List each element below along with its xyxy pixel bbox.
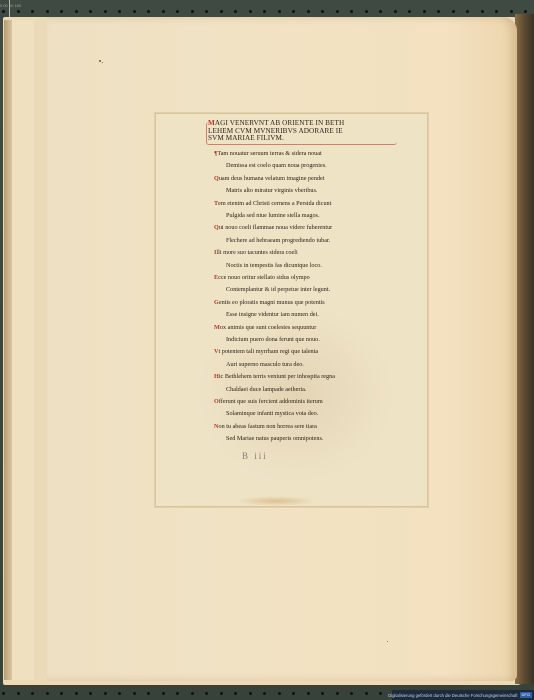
peg-hole	[60, 10, 63, 13]
peg-hole	[118, 10, 121, 13]
heading-line-3: SVM MARIAE FILIVM.	[208, 135, 418, 143]
peg-hole	[452, 10, 455, 13]
peg-hole	[176, 692, 179, 695]
peg-hole	[379, 10, 382, 13]
foxing-spot	[99, 60, 101, 62]
peg-hole	[89, 692, 92, 695]
peg-hole	[147, 692, 150, 695]
peg-hole	[263, 10, 266, 13]
verse-line: Indicium puero dona ferunt que nouo.	[226, 336, 320, 343]
verse-text: Indicium puero dona ferunt que nouo.	[226, 336, 320, 343]
verse-text: uam deus humana velatum imagine pendet	[219, 175, 325, 182]
verse-text: em etenim ad Christi cernens a Persida d…	[218, 200, 331, 207]
verse-text: Tam nouatur seruum terras & sidera nouat	[217, 150, 321, 157]
verse-text: Esse insigne videntur iam numen dei.	[226, 311, 319, 318]
peg-hole	[495, 10, 498, 13]
peg-hole	[292, 692, 295, 695]
peg-hole	[350, 692, 353, 695]
foxing-spot	[102, 62, 103, 63]
verse-text: Pulgida sed niue lumine stella magos.	[226, 212, 320, 219]
verse-line: Sed Mariae natus pauperis omnipotens.	[226, 435, 323, 442]
verse-line: Illi more suo tacuntes sidera coeli	[214, 249, 298, 256]
peg-hole	[249, 10, 252, 13]
verse-text: Demissa est coelo quam noua progenies.	[226, 162, 327, 169]
peg-hole	[31, 692, 34, 695]
peg-hole	[89, 10, 92, 13]
pasted-print-sheet: MAGI VENERVNT AB ORIENTE IN BETH LEHEM C…	[155, 113, 428, 507]
peg-hole	[104, 692, 107, 695]
peg-hole	[423, 10, 426, 13]
verse-line: Mox animis que sunt coelestes sequuntur	[214, 324, 316, 331]
verse-text: cce nouo oritur stellato sidus olympo	[218, 274, 310, 281]
peg-hole	[263, 692, 266, 695]
verse-text: ox animis que sunt coelestes sequuntur	[220, 324, 316, 331]
peg-hole	[336, 10, 339, 13]
verse-line: Non tu abeas fastum non horrea sere tiar…	[214, 423, 317, 430]
verse-text: ui nouo coeli flammae noua videre fubere…	[219, 224, 332, 231]
peg-hole	[510, 10, 513, 13]
pegboard-holes-top	[0, 10, 534, 16]
stain	[236, 496, 316, 506]
peg-hole	[75, 692, 78, 695]
credit-text: Digitalisierung gefördert durch die Deut…	[388, 693, 517, 698]
peg-hole	[278, 10, 281, 13]
verse-text: ic Bethlehem terris veniunt per inhospit…	[219, 373, 335, 380]
page-edge-inner	[34, 20, 48, 680]
peg-hole	[176, 10, 179, 13]
verse-line: Ecce nouo oritur stellato sidus olympo	[214, 274, 310, 281]
verse-text: Flechere ad hebraeam progrediendo iubar.	[226, 237, 330, 244]
verse-text: Matris alto miratur virginis vberibus.	[226, 187, 317, 194]
digitization-credit-bar: Digitalisierung gefördert durch die Deut…	[392, 690, 534, 700]
peg-hole	[104, 10, 107, 13]
verse-text: entis eo ploratis magni munus que potent…	[219, 299, 325, 306]
verse-text: Chaldaei duce lampade aetheria.	[226, 386, 306, 393]
peg-hole	[481, 10, 484, 13]
verse-text: Contemplantur & id perpetue inter legunt…	[226, 286, 330, 293]
peg-hole	[60, 692, 63, 695]
peg-hole	[365, 692, 368, 695]
verse-text: t potentem tali myrrham regi que talenta	[218, 348, 318, 355]
peg-hole	[234, 10, 237, 13]
peg-hole	[46, 10, 49, 13]
peg-hole	[191, 692, 194, 695]
peg-hole	[17, 692, 20, 695]
peg-hole	[31, 10, 34, 13]
heading-initial: M	[208, 119, 215, 127]
peg-hole	[249, 692, 252, 695]
peg-hole	[336, 692, 339, 695]
verse-line: Qui nouo coeli flammae noua videre fuber…	[214, 224, 332, 231]
verse-line: Noctis in tempestis fas dicuntque loco.	[226, 262, 322, 269]
peg-hole	[75, 10, 78, 13]
peg-hole	[46, 692, 49, 695]
peg-hole	[307, 10, 310, 13]
peg-hole	[162, 10, 165, 13]
peg-hole	[17, 10, 20, 13]
verse-line: Vt potentem tali myrrham regi que talent…	[214, 348, 318, 355]
peg-hole	[524, 10, 527, 13]
poem-heading: MAGI VENERVNT AB ORIENTE IN BETH LEHEM C…	[208, 120, 418, 143]
peg-hole	[278, 692, 281, 695]
verse-line: Chaldaei duce lampade aetheria.	[226, 386, 306, 393]
verse-line: Quam deus humana velatum imagine pendet	[214, 175, 325, 182]
peg-hole	[292, 10, 295, 13]
verse-line: Esse insigne videntur iam numen dei.	[226, 311, 319, 318]
peg-hole	[365, 10, 368, 13]
page-curl-right	[515, 14, 534, 684]
peg-hole	[118, 692, 121, 695]
verse-text: fferunt que suis fercient addominis iter…	[219, 398, 323, 405]
verse-line: Matris alto miratur virginis vberibus.	[226, 187, 317, 194]
dfg-logo: DFG	[520, 692, 532, 698]
show-through-illustration	[196, 304, 396, 484]
verse-text: Auri superno masculo tura deo.	[226, 361, 304, 368]
peg-hole	[437, 10, 440, 13]
verse-line: Tem etenim ad Christi cernens a Persida …	[214, 200, 331, 207]
ruler-label: 0 00 00 180	[0, 3, 21, 8]
peg-hole	[307, 692, 310, 695]
peg-hole	[147, 10, 150, 13]
peg-hole	[2, 692, 5, 695]
foxing-spot	[387, 641, 388, 642]
verse-line: Pulgida sed niue lumine stella magos.	[226, 212, 320, 219]
peg-hole	[408, 10, 411, 13]
verse-line: Solaminque infanti mystica vota deo.	[226, 410, 318, 417]
verse-text: Solaminque infanti mystica vota deo.	[226, 410, 318, 417]
peg-hole	[205, 692, 208, 695]
signature-mark: B iii	[242, 451, 268, 461]
peg-hole	[321, 692, 324, 695]
verse-line: Flechere ad hebraeam progrediendo iubar.	[226, 237, 330, 244]
peg-hole	[350, 10, 353, 13]
verse-line: Hic Bethlehem terris veniunt per inhospi…	[214, 373, 335, 380]
verse-text: Sed Mariae natus pauperis omnipotens.	[226, 435, 323, 442]
verse-text: on tu abeas fastum non horrea sere tiara	[218, 423, 316, 430]
peg-hole	[2, 10, 5, 13]
peg-hole	[205, 10, 208, 13]
peg-hole	[162, 692, 165, 695]
peg-hole	[379, 692, 382, 695]
peg-hole	[466, 10, 469, 13]
peg-hole	[133, 692, 136, 695]
verse-line: Contemplantur & id perpetue inter legunt…	[226, 286, 330, 293]
verse-text: lli more suo tacuntes sidera coeli	[216, 249, 297, 256]
verse-line: Offerunt que suis fercient addominis ite…	[214, 398, 323, 405]
verse-text: Noctis in tempestis fas dicuntque loco.	[226, 262, 322, 269]
verse-line: ¶Tam nouatur seruum terras & sidera noua…	[214, 150, 322, 157]
peg-hole	[234, 692, 237, 695]
verse-line: Gentis eo ploratis magni munus que poten…	[214, 299, 325, 306]
peg-hole	[220, 692, 223, 695]
page-edge-middle	[12, 20, 35, 680]
peg-hole	[394, 10, 397, 13]
peg-hole	[321, 10, 324, 13]
verse-line: Demissa est coelo quam noua progenies.	[226, 162, 327, 169]
peg-hole	[220, 10, 223, 13]
peg-hole	[191, 10, 194, 13]
verse-line: Auri superno masculo tura deo.	[226, 361, 304, 368]
peg-hole	[133, 10, 136, 13]
